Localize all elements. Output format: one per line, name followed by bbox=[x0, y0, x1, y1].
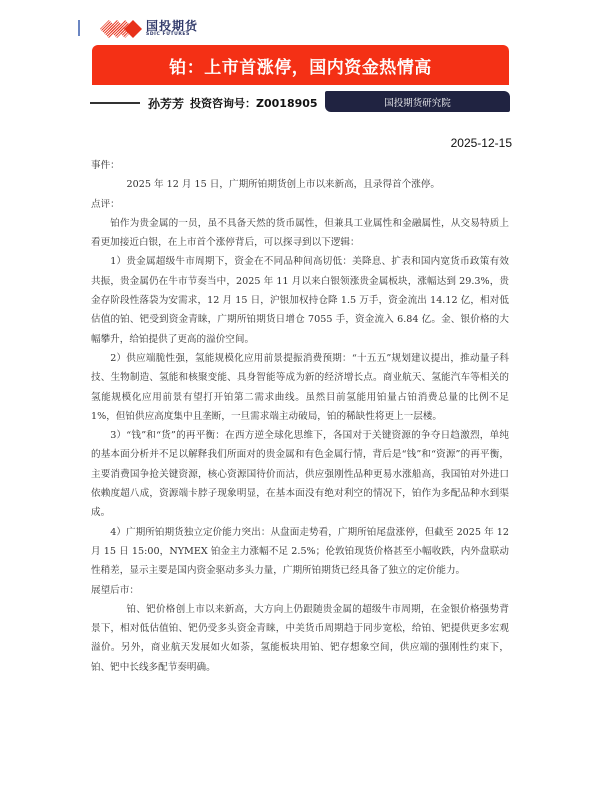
event-label: 事件： bbox=[91, 156, 509, 175]
outlook-text: 铂、钯价格创上市以来新高，大方向上仍跟随贵金属的超级牛市周期，在金银价格强势背景… bbox=[91, 600, 509, 677]
logo-diamond-icon bbox=[100, 20, 142, 38]
report-body: 事件： 2025 年 12 月 15 日，广期所铂期货创上市以来新高，且录得首个… bbox=[91, 156, 509, 677]
license-number: Z0018905 bbox=[256, 97, 318, 110]
report-date: 2025-12-15 bbox=[451, 136, 512, 150]
event-text: 2025 年 12 月 15 日，广期所铂期货创上市以来新高，且录得首个涨停。 bbox=[91, 175, 509, 194]
license-label: 投资咨询号： bbox=[190, 97, 256, 110]
author-name: 孙芳芳 bbox=[148, 95, 184, 112]
company-logo: 国投期货 SDIC FUTURES bbox=[100, 18, 198, 40]
license-info: 投资咨询号：Z0018905 bbox=[190, 95, 318, 111]
comment-point-3: 3）“钱”和“货”的再平衡：在西方逆全球化思维下，各国对于关键资源的争夺日趋激烈… bbox=[91, 426, 509, 522]
institute-badge: 国投期货研究院 bbox=[325, 91, 510, 112]
comment-point-4: 4）广期所铂期货独立定价能力突出：从盘面走势看，广期所铂尾盘涨停，但截至 202… bbox=[91, 523, 509, 581]
byline-rule bbox=[90, 102, 140, 104]
comment-label: 点评： bbox=[91, 195, 509, 214]
institute-name: 国投期货研究院 bbox=[384, 95, 451, 109]
logo-english-name: SDIC FUTURES bbox=[146, 33, 198, 38]
comment-point-1: 1）贵金属超级牛市周期下，资金在不同品种间高切低：美降息、扩表和国内宽货币政策有… bbox=[91, 252, 509, 348]
outlook-label: 展望后市： bbox=[91, 581, 509, 600]
author-byline: 孙芳芳 投资咨询号：Z0018905 bbox=[90, 92, 318, 114]
page-edge-marker bbox=[78, 20, 80, 36]
comment-intro: 铂作为贵金属的一员，虽不具备天然的货币属性，但兼具工业属性和金融属性，从交易特质… bbox=[91, 214, 509, 253]
logo-chinese-name: 国投期货 bbox=[146, 20, 198, 32]
comment-point-2: 2）供应端脆性强，氢能规模化应用前景提振消费预期：“十五五”规划建议提出，推动量… bbox=[91, 349, 509, 426]
report-title: 铂：上市首涨停，国内资金热情高 bbox=[169, 53, 432, 78]
title-banner: 铂：上市首涨停，国内资金热情高 bbox=[92, 45, 509, 85]
